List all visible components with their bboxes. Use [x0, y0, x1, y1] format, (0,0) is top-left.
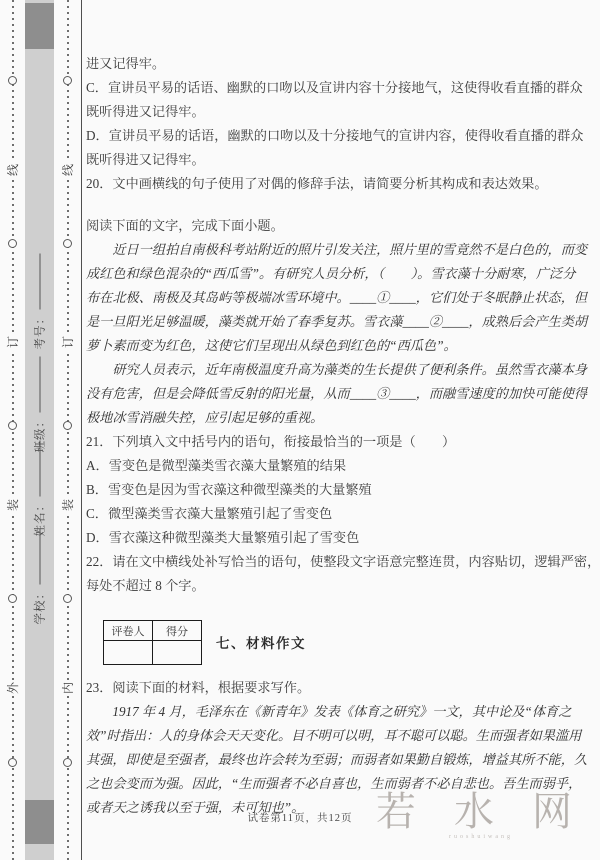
binding-circle [63, 239, 72, 248]
binding-circle [63, 594, 72, 603]
binding-top-block [25, 3, 54, 49]
option-b-line: B．雪变色是因为雪衣藻这种微型藻类的大量繁殖 [86, 478, 586, 502]
passage-line: 布在北极、南极及其岛屿等极端冰雪环境中。____①____，它们处于冬眠静止状态… [86, 286, 586, 310]
watermark: 若 水 网 ruoshuiwang [376, 790, 586, 840]
exam-number-blank-line [39, 254, 41, 310]
watermark-text: 若 水 网 [376, 790, 586, 834]
question-22: 22．请在文中横线处补写恰当的语句，使整段文字语意完整连贯，内容贴切，逻辑严密， [86, 550, 586, 574]
passage-line: 研究人员表示，近年南极温度升高为藻类的生长提供了便利条件。虽然雪衣藻本身 [86, 358, 586, 382]
binding-char-wai: 外 [5, 680, 21, 696]
field-school: 学校： [32, 520, 48, 625]
reading-instruction: 阅读下面的文字，完成下面小题。 [86, 214, 586, 238]
school-blank-line [39, 529, 41, 585]
question-23: 23．阅读下面的材料，根据要求写作。 [86, 676, 586, 700]
score-section: 评卷人 得分 七、材料作文 [86, 620, 586, 666]
binding-char-zhuang: 装 [60, 497, 76, 513]
margin-divider-line [81, 0, 82, 860]
section-title: 七、材料作文 [216, 632, 306, 652]
exam-paper-page: 线 订 装 外 线 订 装 内 考号： 班级： 姓名： 学校： 进又记得牢。 C… [0, 0, 600, 860]
option-a-line: A．雪变色是微型藻类雪衣藻大量繁殖的结果 [86, 454, 586, 478]
passage-line: 近日一组拍自南极科考站附近的照片引发关注，照片里的雪竟然不是白色的，而变 [86, 238, 586, 262]
grader-score-table: 评卷人 得分 [103, 620, 202, 665]
binding-circle [63, 421, 72, 430]
binding-char-xian: 线 [5, 162, 21, 178]
binding-circle [8, 239, 17, 248]
binding-dashed-line-left [12, 0, 14, 860]
grader-header-cell: 评卷人 [104, 621, 153, 641]
option-c-line: C．微型藻类雪衣藻大量繁殖引起了雪变色 [86, 502, 586, 526]
exam-content: 进又记得牢。 C．宣讲员平易的话语、幽默的口吻以及宣讲内容十分接地气，这使得收看… [86, 52, 586, 820]
option-c-line: C．宣讲员平易的话语、幽默的口吻以及宣讲内容十分接地气，这使得收看直播的群众 [86, 76, 586, 100]
passage-line: 萝卜素而变为红色，这使它们呈现出从绿色到红色的“西瓜色”。 [86, 334, 586, 358]
binding-char-ding: 订 [60, 334, 76, 350]
question-21: 21．下列填入文中括号内的语句，衔接最恰当的一项是（ ） [86, 430, 586, 454]
binding-char-zhuang: 装 [5, 497, 21, 513]
class-blank-line [39, 357, 41, 413]
text-line: 进又记得牢。 [86, 52, 586, 76]
score-header-cell: 得分 [153, 621, 202, 641]
name-blank-line [39, 441, 41, 497]
binding-circle [8, 594, 17, 603]
binding-char-ding: 订 [5, 334, 21, 350]
passage-line: 极地冰雪消融失控，应引起足够的重视。 [86, 406, 586, 430]
question-20: 20．文中画横线的句子使用了对偶的修辞手法，请简要分析其构成和表达效果。 [86, 172, 586, 196]
binding-circle [8, 76, 17, 85]
text-line: 既听得进又记得牢。 [86, 148, 586, 172]
grader-empty-cell [104, 641, 153, 665]
text-line: 每处不超过 8 个字。 [86, 574, 586, 598]
material-line: 1917 年 4 月，毛泽东在《新青年》发表《体育之研究》一文，其中论及“体育之 [86, 700, 586, 724]
material-line: 效”时指出：人的身体会天天变化。目不明可以明，耳不聪可以聪。生而强者如果滥用 [86, 724, 586, 748]
binding-char-xian: 线 [60, 162, 76, 178]
binding-circle [63, 76, 72, 85]
field-exam-number: 考号： [32, 245, 48, 350]
passage-line: 成红色和绿色混杂的“西瓜雪”。有研究人员分析，（ ）。雪衣藻十分耐寒，广泛分 [86, 262, 586, 286]
option-d-line: D．宣讲员平易的话语，幽默的口吻以及十分接地气的宣讲内容，使得收看直播的群众 [86, 124, 586, 148]
text-line: 既听得进又记得牢。 [86, 100, 586, 124]
watermark-subtext: ruoshuiwang [376, 834, 586, 840]
binding-circle [8, 421, 17, 430]
binding-dashed-line-right [67, 0, 69, 860]
score-empty-cell [153, 641, 202, 665]
binding-char-nei: 内 [60, 680, 76, 696]
material-line: 其强，即使是至强者，最终也许会转为至弱；而弱者如果勤自锻炼，增益其所不能，久 [86, 748, 586, 772]
option-d-line: D．雪衣藻这种微型藻类大量繁殖引起了雪变色 [86, 526, 586, 550]
field-school-label: 学校： [32, 587, 48, 625]
passage-line: 没有危害，但是会降低雪反射的阳光量，从而____③____，而融雪速度的加快可能… [86, 382, 586, 406]
binding-circle [63, 758, 72, 767]
field-exam-number-label: 考号： [32, 312, 48, 350]
passage-line: 是一旦阳光足够温暖，藻类就开始了春季复苏。雪衣藻____②____，成熟后会产生… [86, 310, 586, 334]
binding-circle [8, 758, 17, 767]
